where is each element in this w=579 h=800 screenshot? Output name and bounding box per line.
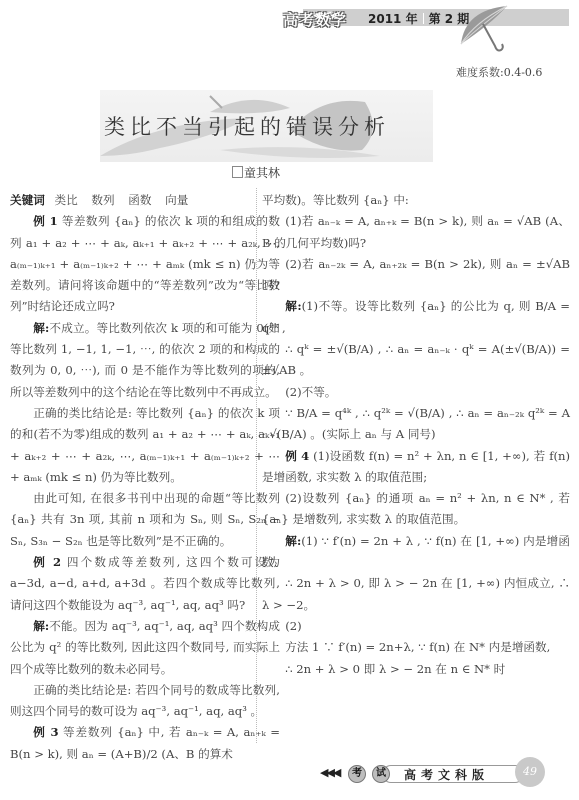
paragraph: 例 1 等差数列 {aₙ} 的依次 k 项的和组成的数列 a₁ + a₂ + ⋯…	[10, 211, 280, 317]
paragraph: 例 2 四个数成等差数列, 这四个数可设为 a−3d, a−d, a+d, a+…	[10, 552, 280, 616]
paragraph-text: (2)	[285, 619, 301, 633]
paragraph-text: (1) ∵ f′(n) = 2n + λ , ∵ f(n) 在 [1, +∞) …	[262, 534, 570, 569]
keywords-label: 关键词	[10, 193, 45, 207]
paragraph: 正确的类比结论是: 等比数列 {aₙ} 的依次 k 项的和(若不为零)组成的数列…	[10, 403, 280, 488]
paragraph-text: (1)不等。设等比数列 {aₙ} 的公比为 q, 则 B/A = q²ᵏ ,	[262, 299, 570, 334]
paragraph-text: 平均数)。等比数列 {aₙ} 中:	[262, 193, 409, 207]
paragraph-text: ∴ qᵏ = ±√(B/A) , ∴ aₙ = aₙ₋ₖ · qᵏ = A(±√…	[262, 342, 570, 377]
difficulty-label: 难度系数:0.4-0.6	[456, 64, 542, 80]
keyword: 类比	[54, 193, 77, 207]
paragraph: 由此可知, 在很多书刊中出现的命题“等比数列 {aₙ} 共有 3n 项, 其前 …	[10, 488, 280, 552]
paragraph: ∴ 2n + λ > 0, 即 λ > − 2n 在 [1, +∞) 内恒成立,…	[262, 573, 570, 616]
keywords-line: 关键词 类比 数列 函数 向量	[10, 190, 280, 211]
paragraph-text: 正确的类比结论是: 等比数列 {aₙ} 的依次 k 项的和(若不为零)组成的数列…	[10, 406, 280, 484]
solution-label: 解:	[285, 534, 301, 548]
example-label: 例 1	[33, 214, 58, 228]
paragraph: 解:不能。因为 aq⁻³, aq⁻¹, aq, aq³ 四个数构成公比为 q² …	[10, 616, 280, 680]
issue-separator	[423, 13, 424, 24]
footer: ◀◀◀ 考 试 高考文科版 49	[320, 763, 565, 785]
paragraph: (2)	[262, 616, 570, 637]
paragraph: 正确的类比结论是: 若四个同号的数成等比数列, 则这四个同号的数可设为 aq⁻³…	[10, 680, 280, 723]
paragraph-text: 不能。因为 aq⁻³, aq⁻¹, aq, aq³ 四个数构成公比为 q² 的等…	[10, 619, 280, 676]
keyword: 函数	[128, 193, 151, 207]
paragraph-text: 方法 1 ∵ f′(n) = 2n+λ, ∵ f(n) 在 N* 内是增函数,	[285, 640, 550, 654]
chevrons-left-icon: <<<	[312, 8, 338, 24]
example-label: 例 3	[33, 725, 58, 739]
issue-year: 2011 年	[368, 12, 418, 26]
example-label: 例 4	[285, 449, 309, 463]
paragraph: 例 3 等差数列 {aₙ} 中, 若 aₙ₋ₖ = A, aₙ₊ₖ = B(n …	[10, 722, 280, 765]
circle-badge: 试	[372, 765, 390, 783]
circle-badge: 考	[348, 765, 366, 783]
paragraph: (2)不等。	[262, 382, 570, 403]
paragraph-text: 由此可知, 在很多书刊中出现的命题“等比数列 {aₙ} 共有 3n 项, 其前 …	[10, 491, 280, 548]
paragraph-text: ∴ 2n + λ > 0, 即 λ > − 2n 在 [1, +∞) 内恒成立,…	[262, 576, 570, 611]
paragraph-text: (2)设数列 {aₙ} 的通项 aₙ = n² + λn, n ∈ N* , 若…	[262, 491, 570, 526]
left-column: 关键词 类比 数列 函数 向量 例 1 等差数列 {aₙ} 的依次 k 项的和组…	[10, 190, 280, 765]
solution-label: 解:	[285, 299, 301, 313]
example-label: 例 2	[33, 555, 61, 569]
paragraph-text: (2)若 aₙ₋₂ₖ = A, aₙ₊₂ₖ = B(n > 2k), 则 aₙ …	[262, 257, 570, 292]
solution-label: 解:	[33, 321, 49, 335]
solution-label: 解:	[33, 619, 49, 633]
paragraph: 解:(1)不等。设等比数列 {aₙ} 的公比为 q, 则 B/A = q²ᵏ ,	[262, 296, 570, 339]
paragraph: (2)设数列 {aₙ} 的通项 aₙ = n² + λn, n ∈ N* , 若…	[262, 488, 570, 531]
paragraph: ∴ 2n + λ > 0 即 λ > − 2n 在 n ∈ N* 时	[262, 659, 570, 680]
paragraph: 解:(1) ∵ f′(n) = 2n + λ , ∵ f(n) 在 [1, +∞…	[262, 531, 570, 574]
paragraph: (1)若 aₙ₋ₖ = A, aₙ₊ₖ = B(n > k), 则 aₙ = √…	[262, 211, 570, 254]
umbrella-icon	[455, 2, 515, 54]
triangle-left-icon: ◀◀◀	[320, 766, 339, 779]
article-title: 类比不当引起的错误分析	[104, 111, 390, 141]
paragraph: 方法 1 ∵ f′(n) = 2n+λ, ∵ f(n) 在 N* 内是增函数,	[262, 637, 570, 658]
paragraph-text: (1)若 aₙ₋ₖ = A, aₙ₊ₖ = B(n > k), 则 aₙ = √…	[262, 214, 570, 249]
paragraph: 例 4 (1)设函数 f(n) = n² + λn, n ∈ [1, +∞), …	[262, 446, 570, 489]
page-number: 49	[515, 757, 545, 787]
paragraph: 解:不成立。等比数列依次 k 项的和可能为 0(如等比数列 1, −1, 1, …	[10, 318, 280, 403]
author-name: 童其林	[244, 166, 280, 180]
paragraph: 平均数)。等比数列 {aₙ} 中:	[262, 190, 570, 211]
paragraph-text: 等差数列 {aₙ} 的依次 k 项的和组成的数列 a₁ + a₂ + ⋯ + a…	[10, 214, 280, 313]
edition-title: 高考文科版	[404, 766, 489, 783]
author-box-icon	[232, 166, 243, 178]
right-column: 平均数)。等比数列 {aₙ} 中: (1)若 aₙ₋ₖ = A, aₙ₊ₖ = …	[262, 190, 570, 680]
keyword: 向量	[165, 193, 188, 207]
paragraph: ∴ qᵏ = ±√(B/A) , ∴ aₙ = aₙ₋ₖ · qᵏ = A(±√…	[262, 339, 570, 382]
paragraph: ∵ B/A = q⁴ᵏ , ∴ q²ᵏ = √(B/A) , ∴ aₙ = aₙ…	[262, 403, 570, 446]
paragraph-text: ∴ 2n + λ > 0 即 λ > − 2n 在 n ∈ N* 时	[285, 662, 505, 676]
keyword: 数列	[91, 193, 114, 207]
paragraph-text: 不成立。等比数列依次 k 项的和可能为 0(如等比数列 1, −1, 1, −1…	[10, 321, 280, 399]
paragraph-text: (2)不等。	[285, 385, 336, 399]
paragraph: (2)若 aₙ₋₂ₖ = A, aₙ₊₂ₖ = B(n > 2k), 则 aₙ …	[262, 254, 570, 297]
paragraph-text: 正确的类比结论是: 若四个同号的数成等比数列, 则这四个同号的数可设为 aq⁻³…	[10, 683, 280, 718]
paragraph-text: ∵ B/A = q⁴ᵏ , ∴ q²ᵏ = √(B/A) , ∴ aₙ = aₙ…	[262, 406, 570, 441]
paragraph-text: (1)设函数 f(n) = n² + λn, n ∈ [1, +∞), 若 f(…	[262, 449, 570, 484]
author: 童其林	[232, 164, 280, 181]
